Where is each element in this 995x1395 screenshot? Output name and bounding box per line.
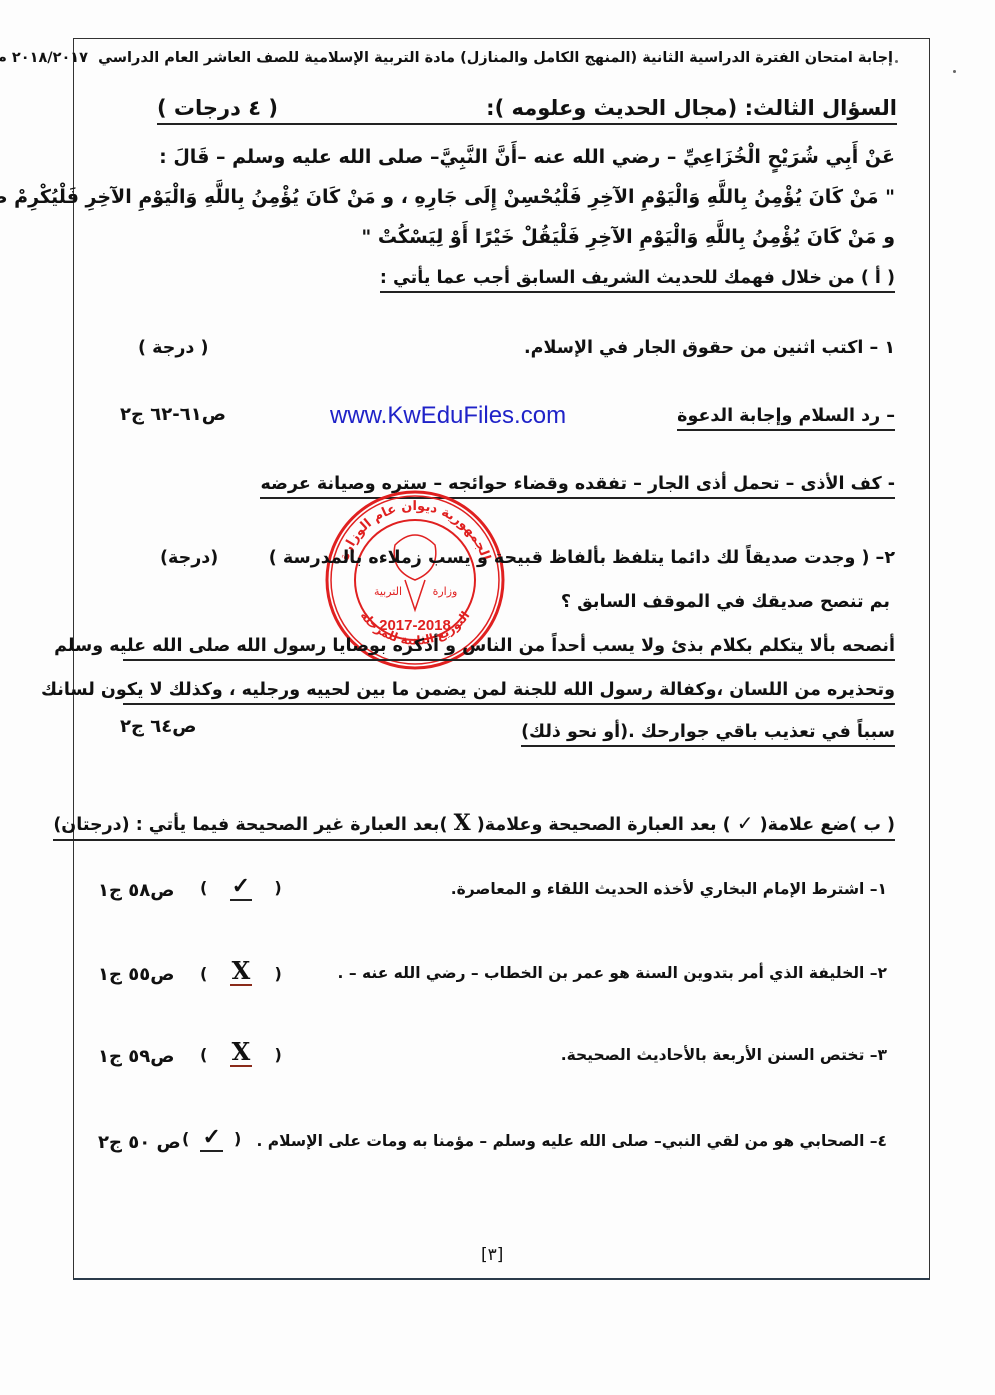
q2-answer-line-3: سبباً في تعذيب باقي جوارحك .(أو نحو ذلك) (521, 722, 895, 747)
x-icon: X (230, 1041, 253, 1067)
q2-answer-line-1: أنصحه بألا يتكلم بكلام بذئ ولا يسب أحداً… (123, 636, 895, 661)
part-a-instruction: ( أ ) من خلال فهمك للحديث الشريف السابق … (380, 268, 895, 293)
tf-item-3-ref: ص٥٩ ج١ (98, 1046, 174, 1067)
question-title: السؤال الثالث: (مجال الحديث وعلومه ): (486, 96, 897, 120)
q1-reference: ص٦١-٦٢ ج٢ (120, 404, 226, 425)
scan-speck (895, 60, 898, 63)
item-text: ٤– الصحابي هو من لقي النبي– صلى الله علي… (256, 1132, 887, 1150)
svg-text:وزارة: وزارة (433, 585, 458, 598)
question-heading: السؤال الثالث: (مجال الحديث وعلومه ): ( … (157, 96, 897, 125)
tf-item-2-text: ٢– الخليفة الذي أمر بتدوين السنة هو عمر … (338, 964, 887, 982)
q2-score: (درجة) (160, 548, 218, 568)
exam-year: ٢٠١٨/٢٠١٧ م (0, 50, 88, 66)
tf-item-4-ref: ص ٥٠ ج٢ (98, 1132, 181, 1153)
page-number: [٣] (481, 1245, 503, 1265)
q1-text: ١ – اكتب اثنين من حقوق الجار في الإسلام. (524, 338, 895, 358)
exam-header: إجابة امتحان الفترة الدراسية الثانية (ال… (0, 50, 893, 66)
tf-item-2-answer: ( X ) (200, 960, 282, 986)
scan-speck (953, 70, 956, 73)
part-b-instruction: ( ب )ضع علامة( ✓ ) بعد العبارة الصحيحة و… (53, 810, 895, 841)
q2-prompt: بم تنصح صديقك في الموقف السابق ؟ (561, 592, 890, 612)
watermark-url: www.KwEduFiles.com (330, 402, 566, 430)
tf-item-3-text: ٣– تختص السنن الأربعة بالأحاديث الصحيحة. (561, 1046, 887, 1064)
hadith-narrator: عَنْ أَبِي شُرَيْحٍ الْخُزَاعِيِّ – رضي … (159, 146, 895, 168)
instruction-text: )بعد العبارة غير الصحيحة فيما يأتي : (در… (53, 815, 447, 835)
check-icon: ✓ (200, 1126, 222, 1152)
tf-item-1-ref: ص٥٨ ج١ (98, 880, 174, 901)
q2-text: ٢– ( وجدت صديقاً لك دائما يتلفظ بألفاظ ق… (269, 548, 895, 568)
svg-text:التربية: التربية (374, 585, 402, 598)
x-icon: X (454, 810, 471, 836)
q2-answer-line-2: وتحذيره من اللسان ،وكفالة رسول الله للجن… (123, 680, 895, 705)
tf-item-1-text: ١– اشترط الإمام البخاري لأخذه الحديث الل… (451, 880, 887, 898)
q2-reference: ص٦٤ ج٢ (120, 716, 196, 737)
question-score: ( ٤ درجات ) (157, 96, 278, 120)
check-icon: ✓ (230, 875, 252, 901)
x-icon: X (230, 960, 253, 986)
hadith-line-1: " مَنْ كَانَ يُؤْمِنُ بِاللَّهِ وَالْيَو… (0, 186, 895, 208)
exam-title: إجابة امتحان الفترة الدراسية الثانية (ال… (98, 50, 893, 66)
tf-item-4-answer: ( ✓ ) (182, 1126, 241, 1152)
tf-item-4-text: ٤– الصحابي هو من لقي النبي– صلى الله علي… (256, 1132, 887, 1150)
tf-item-3-answer: ( X ) (200, 1041, 282, 1067)
tf-item-1-answer: ( ✓ ) (200, 875, 282, 901)
tf-item-2-ref: ص٥٥ ج١ (98, 964, 174, 985)
q1-score: ( درجة ) (138, 338, 208, 358)
check-icon: ✓ (737, 811, 754, 835)
instruction-text: ( ب )ضع علامة( (760, 815, 895, 835)
q1-answer-1: – رد السلام وإجابة الدعوة (677, 406, 895, 431)
hadith-line-2: و مَنْ كَانَ يُؤْمِنُ بِاللَّهِ وَالْيَو… (361, 226, 895, 248)
svg-text:2017-2018: 2017-2018 (379, 617, 451, 634)
instruction-text: ) بعد العبارة الصحيحة وعلامة( (477, 815, 731, 835)
